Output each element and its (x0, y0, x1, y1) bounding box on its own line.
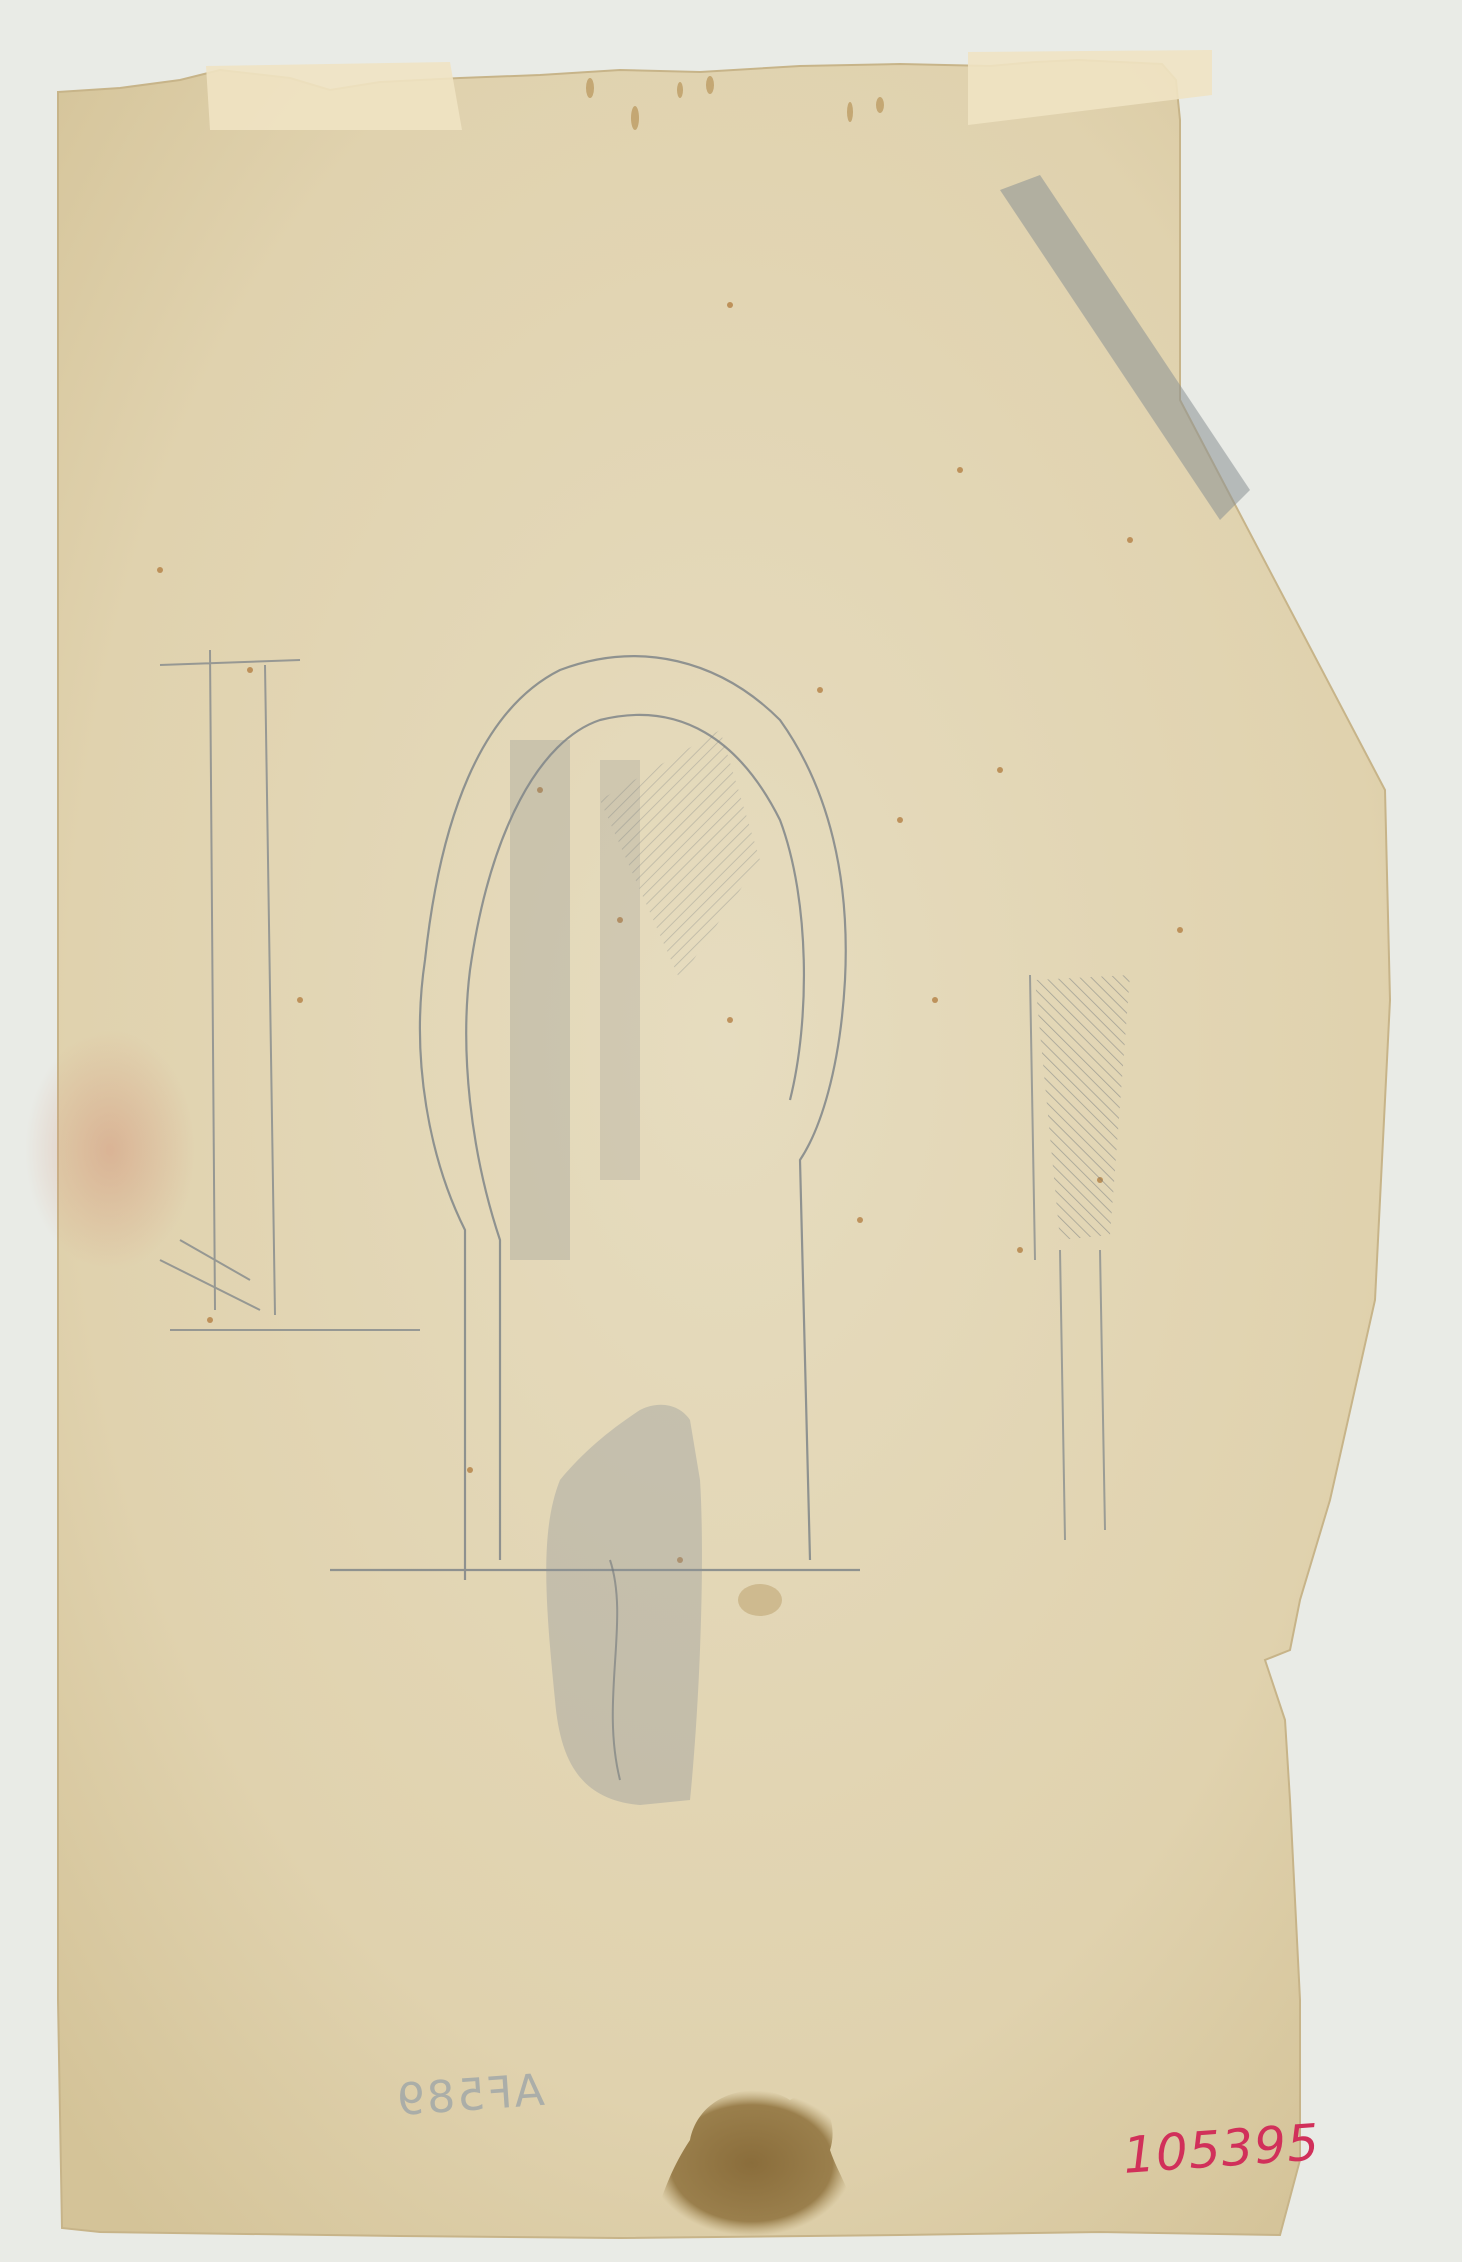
tape-left (206, 62, 462, 130)
mirrored-pencil-inscription: AF589 (393, 2065, 546, 2126)
artwork-scan: AF589 105395 (0, 0, 1462, 2262)
sketch-image (0, 0, 1462, 2262)
paper-sheet (58, 60, 1390, 2238)
